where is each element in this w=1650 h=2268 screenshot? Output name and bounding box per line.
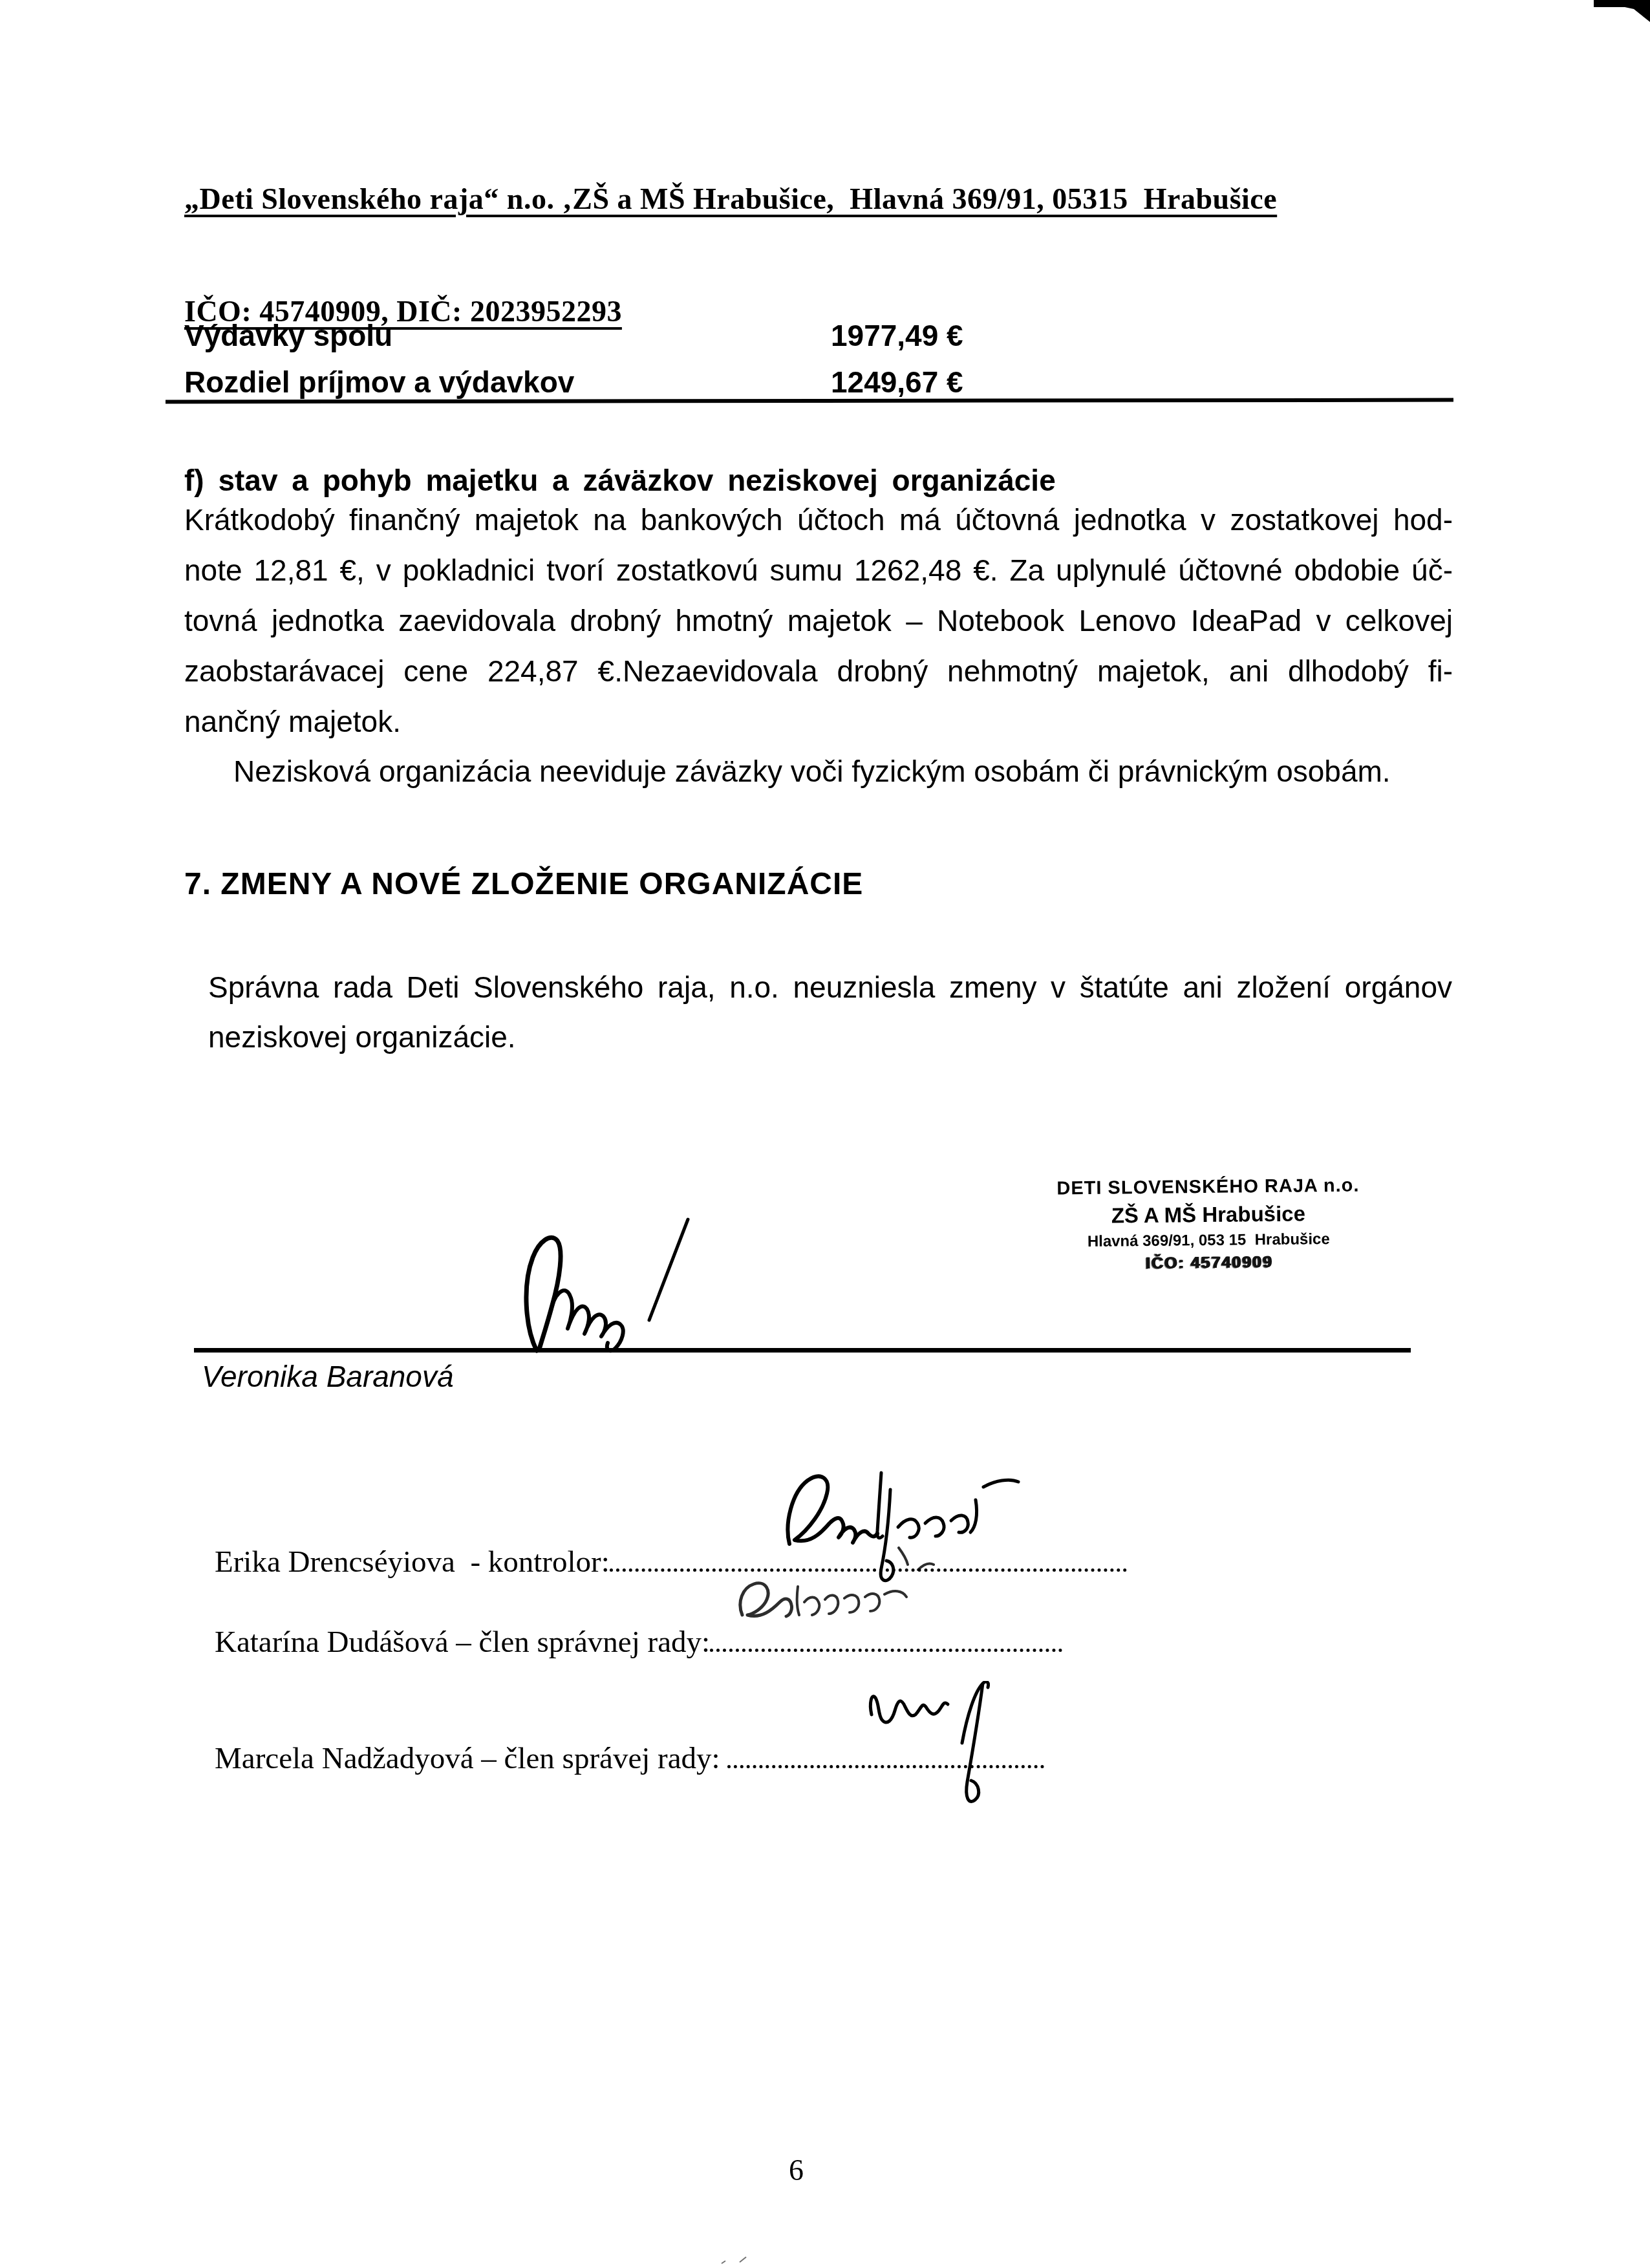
marcela-signature xyxy=(865,1681,1020,1809)
stamp-line-4: IČO: 45740909 xyxy=(1051,1250,1366,1275)
paragraph-line: note 12,81 €, v pokladnici tvorí zostatk… xyxy=(184,545,1453,595)
page-number: 6 xyxy=(789,2153,804,2187)
row-value: 1977,49 € xyxy=(831,318,963,353)
dotted-signature-leader xyxy=(710,1643,1062,1652)
section-7-paragraph: Správna rada Deti Slovenského raja, n.o.… xyxy=(208,963,1452,1062)
scan-specks xyxy=(719,2254,753,2267)
approver-name: Veronika Baranová xyxy=(202,1359,454,1394)
signer-label: Katarína Dudášová – člen správnej rady: xyxy=(215,1625,710,1659)
row-label: Rozdiel príjmov a výdavkov xyxy=(184,365,574,399)
pen-stroke xyxy=(647,1215,693,1324)
signer-label: Erika Drencséyiova - kontrolor: xyxy=(215,1545,610,1579)
paragraph-line: Krátkodobý finančný majetok na bankových… xyxy=(184,495,1453,545)
table-row: Rozdiel príjmov a výdavkov 1249,67 € xyxy=(184,365,1453,400)
paragraph-line: nančný majetok. xyxy=(184,696,1453,747)
section-f-paragraph: Krátkodobý finančný majetok na bankových… xyxy=(184,495,1453,747)
section-7-heading: 7. ZMENY A NOVÉ ZLOŽENIE ORGANIZÁCIE xyxy=(184,866,863,902)
scan-corner-mark xyxy=(1594,0,1650,29)
stamp-line-2: ZŠ A MŠ Hrabušice xyxy=(1051,1198,1366,1231)
katarina-signature xyxy=(736,1543,944,1628)
paragraph-line: neziskovej organizácie. xyxy=(208,1012,1452,1062)
row-value: 1249,67 € xyxy=(831,365,963,400)
signature-line xyxy=(194,1348,1411,1353)
signer-label: Marcela Nadžadyová – člen správej rady: xyxy=(215,1742,727,1775)
section-f-heading: f) stav a pohyb majetku a záväzkov nezis… xyxy=(184,463,1056,498)
paragraph-line: tovná jednotka zaevidovala drobný hmotný… xyxy=(184,595,1453,646)
section-f-note: Nezisková organizácia neeviduje záväzky … xyxy=(184,747,1453,796)
organization-name-line: „Deti Slovenského raja“ n.o. ‚ZŠ a MŠ Hr… xyxy=(184,180,1277,218)
scanned-document-page: „Deti Slovenského raja“ n.o. ‚ZŠ a MŠ Hr… xyxy=(0,0,1650,2268)
stamp-line-3: Hlavná 369/91, 053 15 Hrabušice xyxy=(1051,1228,1366,1253)
table-row: Výdavky spolu 1977,49 € xyxy=(184,318,1453,353)
paragraph-line: Správna rada Deti Slovenského raja, n.o.… xyxy=(208,963,1452,1012)
organization-stamp: DETI SLOVENSKÉHO RAJA n.o. ZŠ A MŠ Hrabu… xyxy=(1051,1172,1366,1275)
stamp-line-1: DETI SLOVENSKÉHO RAJA n.o. xyxy=(1051,1172,1365,1201)
row-label: Výdavky spolu xyxy=(184,319,392,352)
document-header: „Deti Slovenského raja“ n.o. ‚ZŠ a MŠ Hr… xyxy=(184,105,1277,405)
paragraph-line: zaobstarávacej cene 224,87 €.Nezaevidova… xyxy=(184,646,1453,696)
